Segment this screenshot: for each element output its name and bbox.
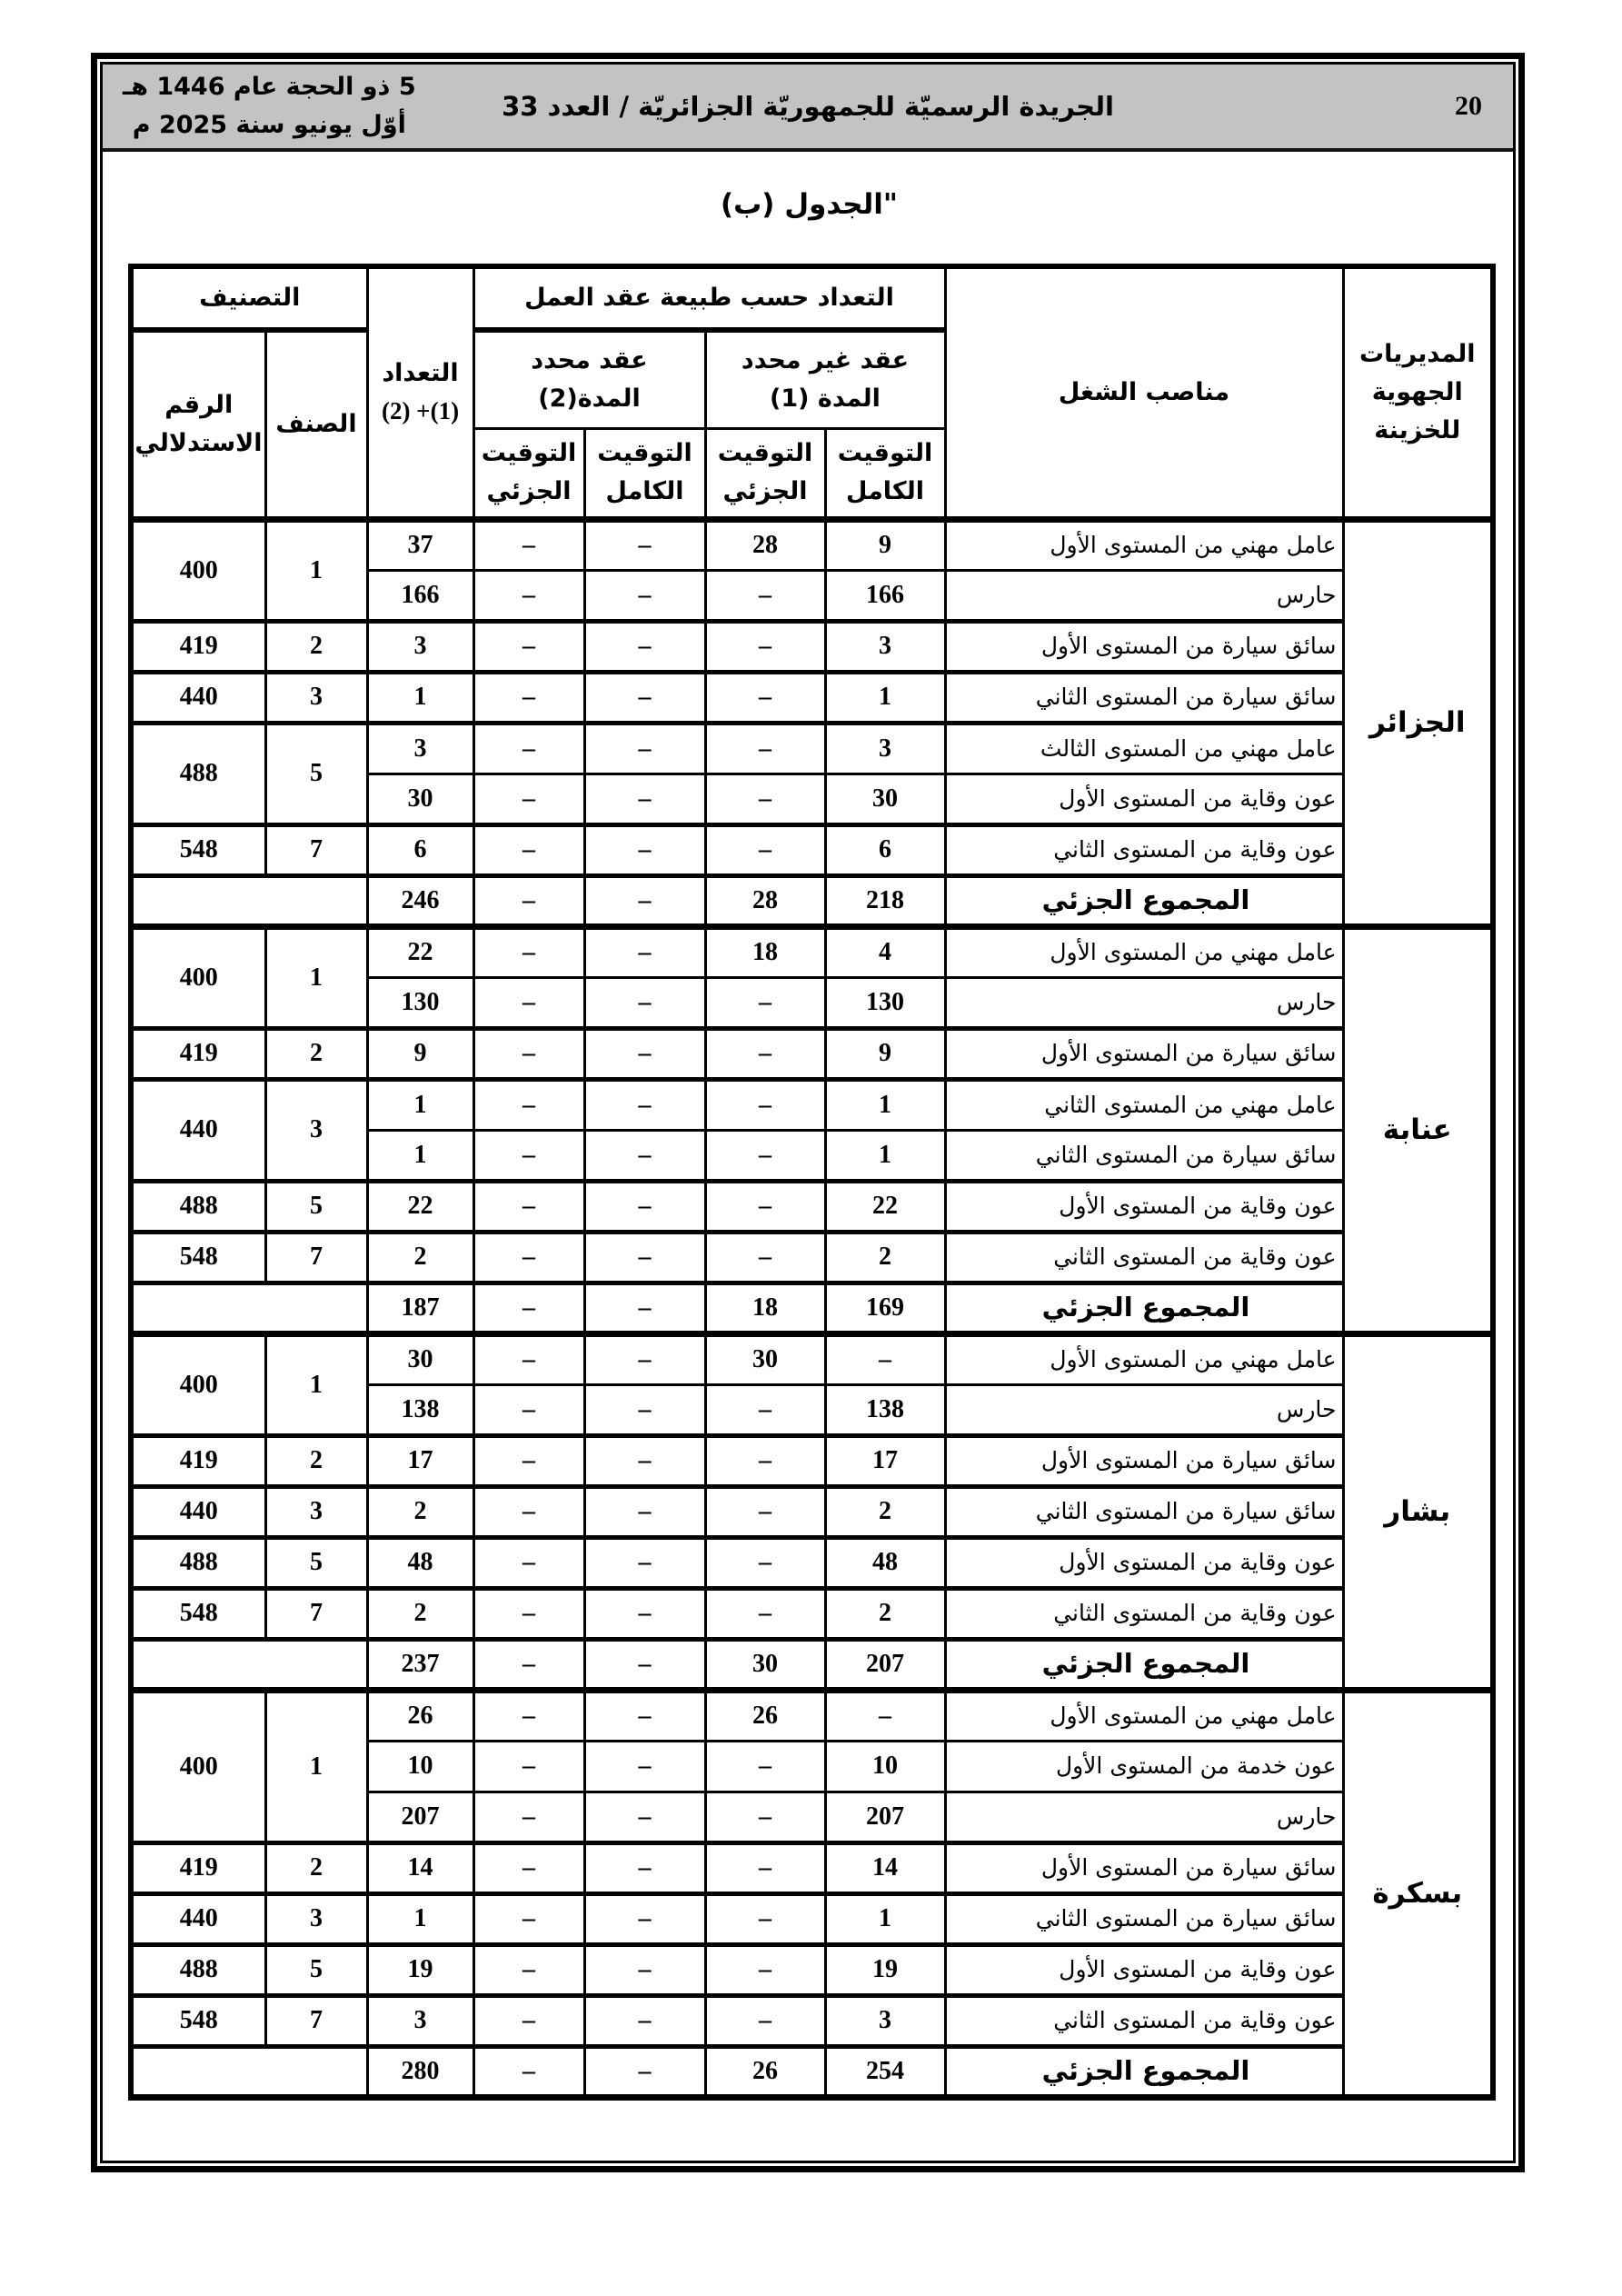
index-number-cell: 400 [131,1333,265,1435]
count-cell: – [705,1028,825,1079]
count-cell: – [705,1944,825,1995]
count-cell: 1 [825,1130,945,1181]
count-cell: – [584,1893,705,1944]
col-group-count-by-contract: التعداد حسب طبيعة عقد العمل [473,266,945,330]
count-cell: – [705,1995,825,2046]
count-cell: – [584,1130,705,1181]
count-cell: 3 [825,1995,945,2046]
subtotal-row: المجموع الجزئي20730––237 [131,1639,1493,1690]
count-cell: – [705,1130,825,1181]
page-number: 20 [1455,91,1482,122]
index-number-cell: 440 [131,1079,265,1181]
subtotal-count-cell: 254 [825,2046,945,2097]
count-cell: – [473,774,584,824]
table-row: عون وقاية من المستوى الثاني3–––37548 [131,1995,1493,2046]
count-cell: – [473,1741,584,1792]
job-cell: عون وقاية من المستوى الثاني [945,1588,1343,1639]
job-cell: عامل مهني من المستوى الثالث [945,723,1343,774]
job-cell: سائق سيارة من المستوى الأول [945,1435,1343,1486]
job-cell: عون وقاية من المستوى الأول [945,1944,1343,1995]
category-cell: 2 [265,1842,367,1893]
table-row: بسكرةعامل مهني من المستوى الأول–26––2614… [131,1690,1493,1741]
count-cell: – [584,672,705,723]
count-cell: – [705,977,825,1028]
subtotal-count-cell: 187 [367,1283,473,1333]
total-header-line1: التعداد [371,354,471,393]
index-number-cell: 488 [131,1181,265,1232]
count-cell: – [584,1588,705,1639]
count-cell: – [584,1741,705,1792]
subtotal-row: المجموع الجزئي25426––280 [131,2046,1493,2097]
index-number-cell: 440 [131,1893,265,1944]
count-cell: 1 [367,672,473,723]
count-cell: 166 [367,570,473,621]
classification-empty-cell [131,1639,367,1690]
job-cell: سائق سيارة من المستوى الثاني [945,1486,1343,1537]
count-cell: – [584,926,705,977]
count-cell: 22 [367,926,473,977]
index-number-cell: 400 [131,926,265,1028]
count-cell: 26 [367,1690,473,1741]
count-cell: 14 [367,1842,473,1893]
category-cell: 7 [265,824,367,875]
count-cell: 30 [705,1333,825,1384]
category-cell: 5 [265,1944,367,1995]
count-cell: 9 [825,1028,945,1079]
count-cell: 22 [367,1181,473,1232]
col-group-fixed-term-contract: عقد محدد المدة(2) [473,330,705,428]
count-cell: – [705,1792,825,1842]
job-cell: سائق سيارة من المستوى الأول [945,1842,1343,1893]
category-cell: 2 [265,1435,367,1486]
col-header-total: التعداد (1)+ (2) [367,266,473,519]
count-cell: – [473,1537,584,1588]
count-cell: 6 [825,824,945,875]
job-cell: عون وقاية من المستوى الأول [945,1181,1343,1232]
col-group-classification: التصنيف [131,266,367,330]
subtotal-count-cell: 169 [825,1283,945,1333]
count-cell: 30 [367,1333,473,1384]
count-cell: – [705,1486,825,1537]
subtotal-count-cell: – [473,875,584,926]
count-cell: 3 [367,723,473,774]
count-cell: 48 [825,1537,945,1588]
table-row: عامل مهني من المستوى الثالث3–––35488 [131,723,1493,774]
count-cell: – [473,1893,584,1944]
count-cell: – [473,1690,584,1741]
count-cell: 19 [825,1944,945,1995]
category-cell: 2 [265,621,367,672]
count-cell: – [473,672,584,723]
count-cell: 30 [825,774,945,824]
category-cell: 5 [265,723,367,824]
subtotal-count-cell: – [473,2046,584,2097]
count-cell: – [473,1435,584,1486]
table-row: عنابةعامل مهني من المستوى الأول418––2214… [131,926,1493,977]
count-cell: 3 [825,723,945,774]
count-cell: – [473,1944,584,1995]
count-cell: – [584,1232,705,1283]
count-cell: 1 [367,1130,473,1181]
count-cell: – [584,1537,705,1588]
index-number-cell: 440 [131,1486,265,1537]
count-cell: – [473,1792,584,1842]
table-row: سائق سيارة من المستوى الثاني1–––13440 [131,1893,1493,1944]
count-cell: 138 [825,1384,945,1435]
journal-title: الجريدة الرسميّة للجمهوريّة الجزائريّة /… [103,91,1513,122]
count-cell: – [584,1079,705,1130]
count-cell: 17 [367,1435,473,1486]
job-cell: حارس [945,977,1343,1028]
count-cell: 166 [825,570,945,621]
count-cell: 3 [825,621,945,672]
count-cell: – [473,1028,584,1079]
index-number-cell: 488 [131,1537,265,1588]
job-cell: عون وقاية من المستوى الثاني [945,1995,1343,2046]
count-cell: – [473,1486,584,1537]
count-cell: 138 [367,1384,473,1435]
count-cell: – [584,1333,705,1384]
count-cell: 14 [825,1842,945,1893]
count-cell: – [705,672,825,723]
index-number-cell: 419 [131,1028,265,1079]
count-cell: – [473,1842,584,1893]
job-cell: سائق سيارة من المستوى الأول [945,1028,1343,1079]
classification-empty-cell [131,1283,367,1333]
count-cell: – [705,1181,825,1232]
category-cell: 7 [265,1995,367,2046]
count-cell: – [473,926,584,977]
count-cell: – [705,1079,825,1130]
count-cell: 1 [825,1079,945,1130]
index-number-cell: 548 [131,1995,265,2046]
category-cell: 1 [265,926,367,1028]
table-row: سائق سيارة من المستوى الثاني1–––13440 [131,672,1493,723]
count-cell: – [584,824,705,875]
count-cell: – [584,774,705,824]
table-row: عون وقاية من المستوى الثاني6–––67548 [131,824,1493,875]
count-cell: 130 [825,977,945,1028]
count-cell: – [473,1588,584,1639]
category-cell: 3 [265,1079,367,1181]
count-cell: 1 [825,1893,945,1944]
count-cell: 2 [367,1486,473,1537]
table-row: عامل مهني من المستوى الثاني1–––13440 [131,1079,1493,1130]
job-cell: سائق سيارة من المستوى الأول [945,621,1343,672]
index-number-cell: 548 [131,824,265,875]
index-number-cell: 488 [131,1944,265,1995]
subtotal-row: المجموع الجزئي16918––187 [131,1283,1493,1333]
subtotal-label-cell: المجموع الجزئي [945,1283,1343,1333]
job-cell: عامل مهني من المستوى الثاني [945,1079,1343,1130]
table-row: سائق سيارة من المستوى الأول9–––92419 [131,1028,1493,1079]
count-cell: – [584,1028,705,1079]
count-cell: – [584,519,705,570]
count-cell: – [705,1893,825,1944]
subtotal-count-cell: 30 [705,1639,825,1690]
subtotal-count-cell: 28 [705,875,825,926]
count-cell: 3 [367,621,473,672]
table-row: سائق سيارة من المستوى الأول3–––32419 [131,621,1493,672]
count-cell: 2 [825,1486,945,1537]
region-cell: الجزائر [1343,519,1493,926]
job-cell: عون خدمة من المستوى الأول [945,1741,1343,1792]
count-cell: 2 [825,1588,945,1639]
count-cell: – [584,1995,705,2046]
count-cell: 22 [825,1181,945,1232]
region-cell: بشار [1343,1333,1493,1690]
count-cell: – [705,774,825,824]
subtotal-count-cell: – [584,2046,705,2097]
count-cell: 2 [825,1232,945,1283]
count-cell: 30 [367,774,473,824]
index-number-cell: 400 [131,519,265,621]
count-cell: 4 [825,926,945,977]
count-cell: – [473,1181,584,1232]
job-cell: عون وقاية من المستوى الأول [945,1537,1343,1588]
subtotal-label-cell: المجموع الجزئي [945,1639,1343,1690]
count-cell: 9 [825,519,945,570]
count-cell: 1 [367,1079,473,1130]
count-cell: 37 [367,519,473,570]
col-header-index-number: الرقم الاستدلالي [131,330,265,519]
masthead-bar: 5 ذو الحجة عام 1446 هـ أوّل يونيو سنة 20… [103,65,1513,152]
count-cell: – [705,1537,825,1588]
subtotal-row: المجموع الجزئي21828––246 [131,875,1493,926]
count-cell: – [705,1842,825,1893]
subtotal-count-cell: 18 [705,1283,825,1333]
table-row: سائق سيارة من المستوى الثاني2–––23440 [131,1486,1493,1537]
count-cell: – [705,824,825,875]
count-cell: 2 [367,1232,473,1283]
subtotal-count-cell: 207 [825,1639,945,1690]
count-cell: 28 [705,519,825,570]
category-cell: 1 [265,1690,367,1842]
count-cell: – [584,570,705,621]
col-header-fixed-term-full-time: التوقيت الكامل [584,428,705,519]
count-cell: – [705,1435,825,1486]
job-cell: عامل مهني من المستوى الأول [945,1333,1343,1384]
count-cell: – [473,1384,584,1435]
index-number-cell: 440 [131,672,265,723]
col-header-directorates: المديريات الجهوية للخزينة [1343,266,1493,519]
category-cell: 1 [265,519,367,621]
index-number-cell: 548 [131,1232,265,1283]
count-cell: – [705,1741,825,1792]
col-header-open-ended-full-time: التوقيت الكامل [825,428,945,519]
table-row: سائق سيارة من المستوى الأول17–––172419 [131,1435,1493,1486]
count-cell: – [473,977,584,1028]
subtotal-count-cell: – [584,1639,705,1690]
col-group-open-ended-contract: عقد غير محدد المدة (1) [705,330,945,428]
table-row: عون وقاية من المستوى الأول22–––225488 [131,1181,1493,1232]
count-cell: 207 [825,1792,945,1842]
count-cell: – [705,570,825,621]
table-row: عون وقاية من المستوى الثاني2–––27548 [131,1232,1493,1283]
count-cell: – [473,519,584,570]
table-row: عون وقاية من المستوى الأول48–––485488 [131,1537,1493,1588]
count-cell: – [584,977,705,1028]
category-cell: 1 [265,1333,367,1435]
job-cell: سائق سيارة من المستوى الثاني [945,1893,1343,1944]
subtotal-count-cell: – [584,875,705,926]
count-cell: – [705,1384,825,1435]
count-cell: 18 [705,926,825,977]
count-cell: – [825,1333,945,1384]
count-cell: 26 [705,1690,825,1741]
count-cell: – [584,1435,705,1486]
category-cell: 3 [265,672,367,723]
job-cell: حارس [945,570,1343,621]
count-cell: – [584,1384,705,1435]
count-cell: – [705,621,825,672]
table-row: عون وقاية من المستوى الثاني2–––27548 [131,1588,1493,1639]
table-row: عون وقاية من المستوى الأول19–––195488 [131,1944,1493,1995]
job-cell: عامل مهني من المستوى الأول [945,519,1343,570]
col-header-category: الصنف [265,330,367,519]
col-header-open-ended-part-time: التوقيت الجزئي [705,428,825,519]
count-cell: 1 [825,672,945,723]
job-cell: عون وقاية من المستوى الثاني [945,824,1343,875]
count-cell: – [584,1181,705,1232]
subtotal-count-cell: 218 [825,875,945,926]
subtotal-count-cell: 26 [705,2046,825,2097]
count-cell: 9 [367,1028,473,1079]
page-frame-inner: 5 ذو الحجة عام 1446 هـ أوّل يونيو سنة 20… [100,62,1516,2163]
job-cell: عامل مهني من المستوى الأول [945,1690,1343,1741]
count-cell: – [473,824,584,875]
category-cell: 3 [265,1486,367,1537]
count-cell: – [705,1588,825,1639]
table-row: سائق سيارة من المستوى الأول14–––142419 [131,1842,1493,1893]
count-cell: – [825,1690,945,1741]
job-cell: عون وقاية من المستوى الأول [945,774,1343,824]
table-title: "الجدول (ب) [128,188,1490,221]
count-cell: – [584,1486,705,1537]
table-row: بشارعامل مهني من المستوى الأول–30––30140… [131,1333,1493,1384]
count-cell: 10 [825,1741,945,1792]
job-cell: عامل مهني من المستوى الأول [945,926,1343,977]
job-cell: سائق سيارة من المستوى الثاني [945,1130,1343,1181]
count-cell: – [473,621,584,672]
total-header-line2: (1)+ (2) [371,393,471,431]
category-cell: 5 [265,1537,367,1588]
subtotal-count-cell: – [473,1639,584,1690]
count-cell: – [584,1842,705,1893]
count-cell: – [473,1130,584,1181]
classification-empty-cell [131,2046,367,2097]
job-cell: عون وقاية من المستوى الثاني [945,1232,1343,1283]
index-number-cell: 548 [131,1588,265,1639]
count-cell: – [705,1232,825,1283]
category-cell: 3 [265,1893,367,1944]
count-cell: 17 [825,1435,945,1486]
category-cell: 5 [265,1181,367,1232]
job-cell: حارس [945,1384,1343,1435]
count-cell: 48 [367,1537,473,1588]
index-number-cell: 400 [131,1690,265,1842]
subtotal-label-cell: المجموع الجزئي [945,875,1343,926]
subtotal-count-cell: – [584,1283,705,1333]
category-cell: 2 [265,1028,367,1079]
col-header-fixed-term-part-time: التوقيت الجزئي [473,428,584,519]
count-cell: – [584,1690,705,1741]
count-cell: 6 [367,824,473,875]
index-number-cell: 419 [131,621,265,672]
category-cell: 7 [265,1588,367,1639]
count-cell: 207 [367,1792,473,1842]
count-cell: – [473,1995,584,2046]
index-number-cell: 419 [131,1435,265,1486]
count-cell: – [584,621,705,672]
col-header-job-positions: مناصب الشغل [945,266,1343,519]
subtotal-count-cell: 280 [367,2046,473,2097]
subtotal-label-cell: المجموع الجزئي [945,2046,1343,2097]
count-cell: 130 [367,977,473,1028]
page-frame: 5 ذو الحجة عام 1446 هـ أوّل يونيو سنة 20… [91,53,1525,2172]
subtotal-count-cell: 246 [367,875,473,926]
classification-empty-cell [131,875,367,926]
region-cell: عنابة [1343,926,1493,1333]
count-cell: – [473,570,584,621]
count-cell: – [584,1792,705,1842]
staffing-table: المديريات الجهوية للخزينة مناصب الشغل ال… [128,264,1496,2101]
job-cell: حارس [945,1792,1343,1842]
category-cell: 7 [265,1232,367,1283]
region-cell: بسكرة [1343,1690,1493,2097]
count-cell: – [705,723,825,774]
job-cell: سائق سيارة من المستوى الثاني [945,672,1343,723]
count-cell: 3 [367,1995,473,2046]
count-cell: – [473,723,584,774]
subtotal-count-cell: 237 [367,1639,473,1690]
count-cell: – [473,1079,584,1130]
gazette-page: 5 ذو الحجة عام 1446 هـ أوّل يونيو سنة 20… [0,0,1622,2296]
count-cell: – [584,723,705,774]
count-cell: – [584,1944,705,1995]
table-row: الجزائرعامل مهني من المستوى الأول928––37… [131,519,1493,570]
index-number-cell: 488 [131,723,265,824]
count-cell: 1 [367,1893,473,1944]
count-cell: 10 [367,1741,473,1792]
count-cell: 2 [367,1588,473,1639]
count-cell: – [473,1333,584,1384]
count-cell: – [473,1232,584,1283]
count-cell: 19 [367,1944,473,1995]
index-number-cell: 419 [131,1842,265,1893]
subtotal-count-cell: – [473,1283,584,1333]
